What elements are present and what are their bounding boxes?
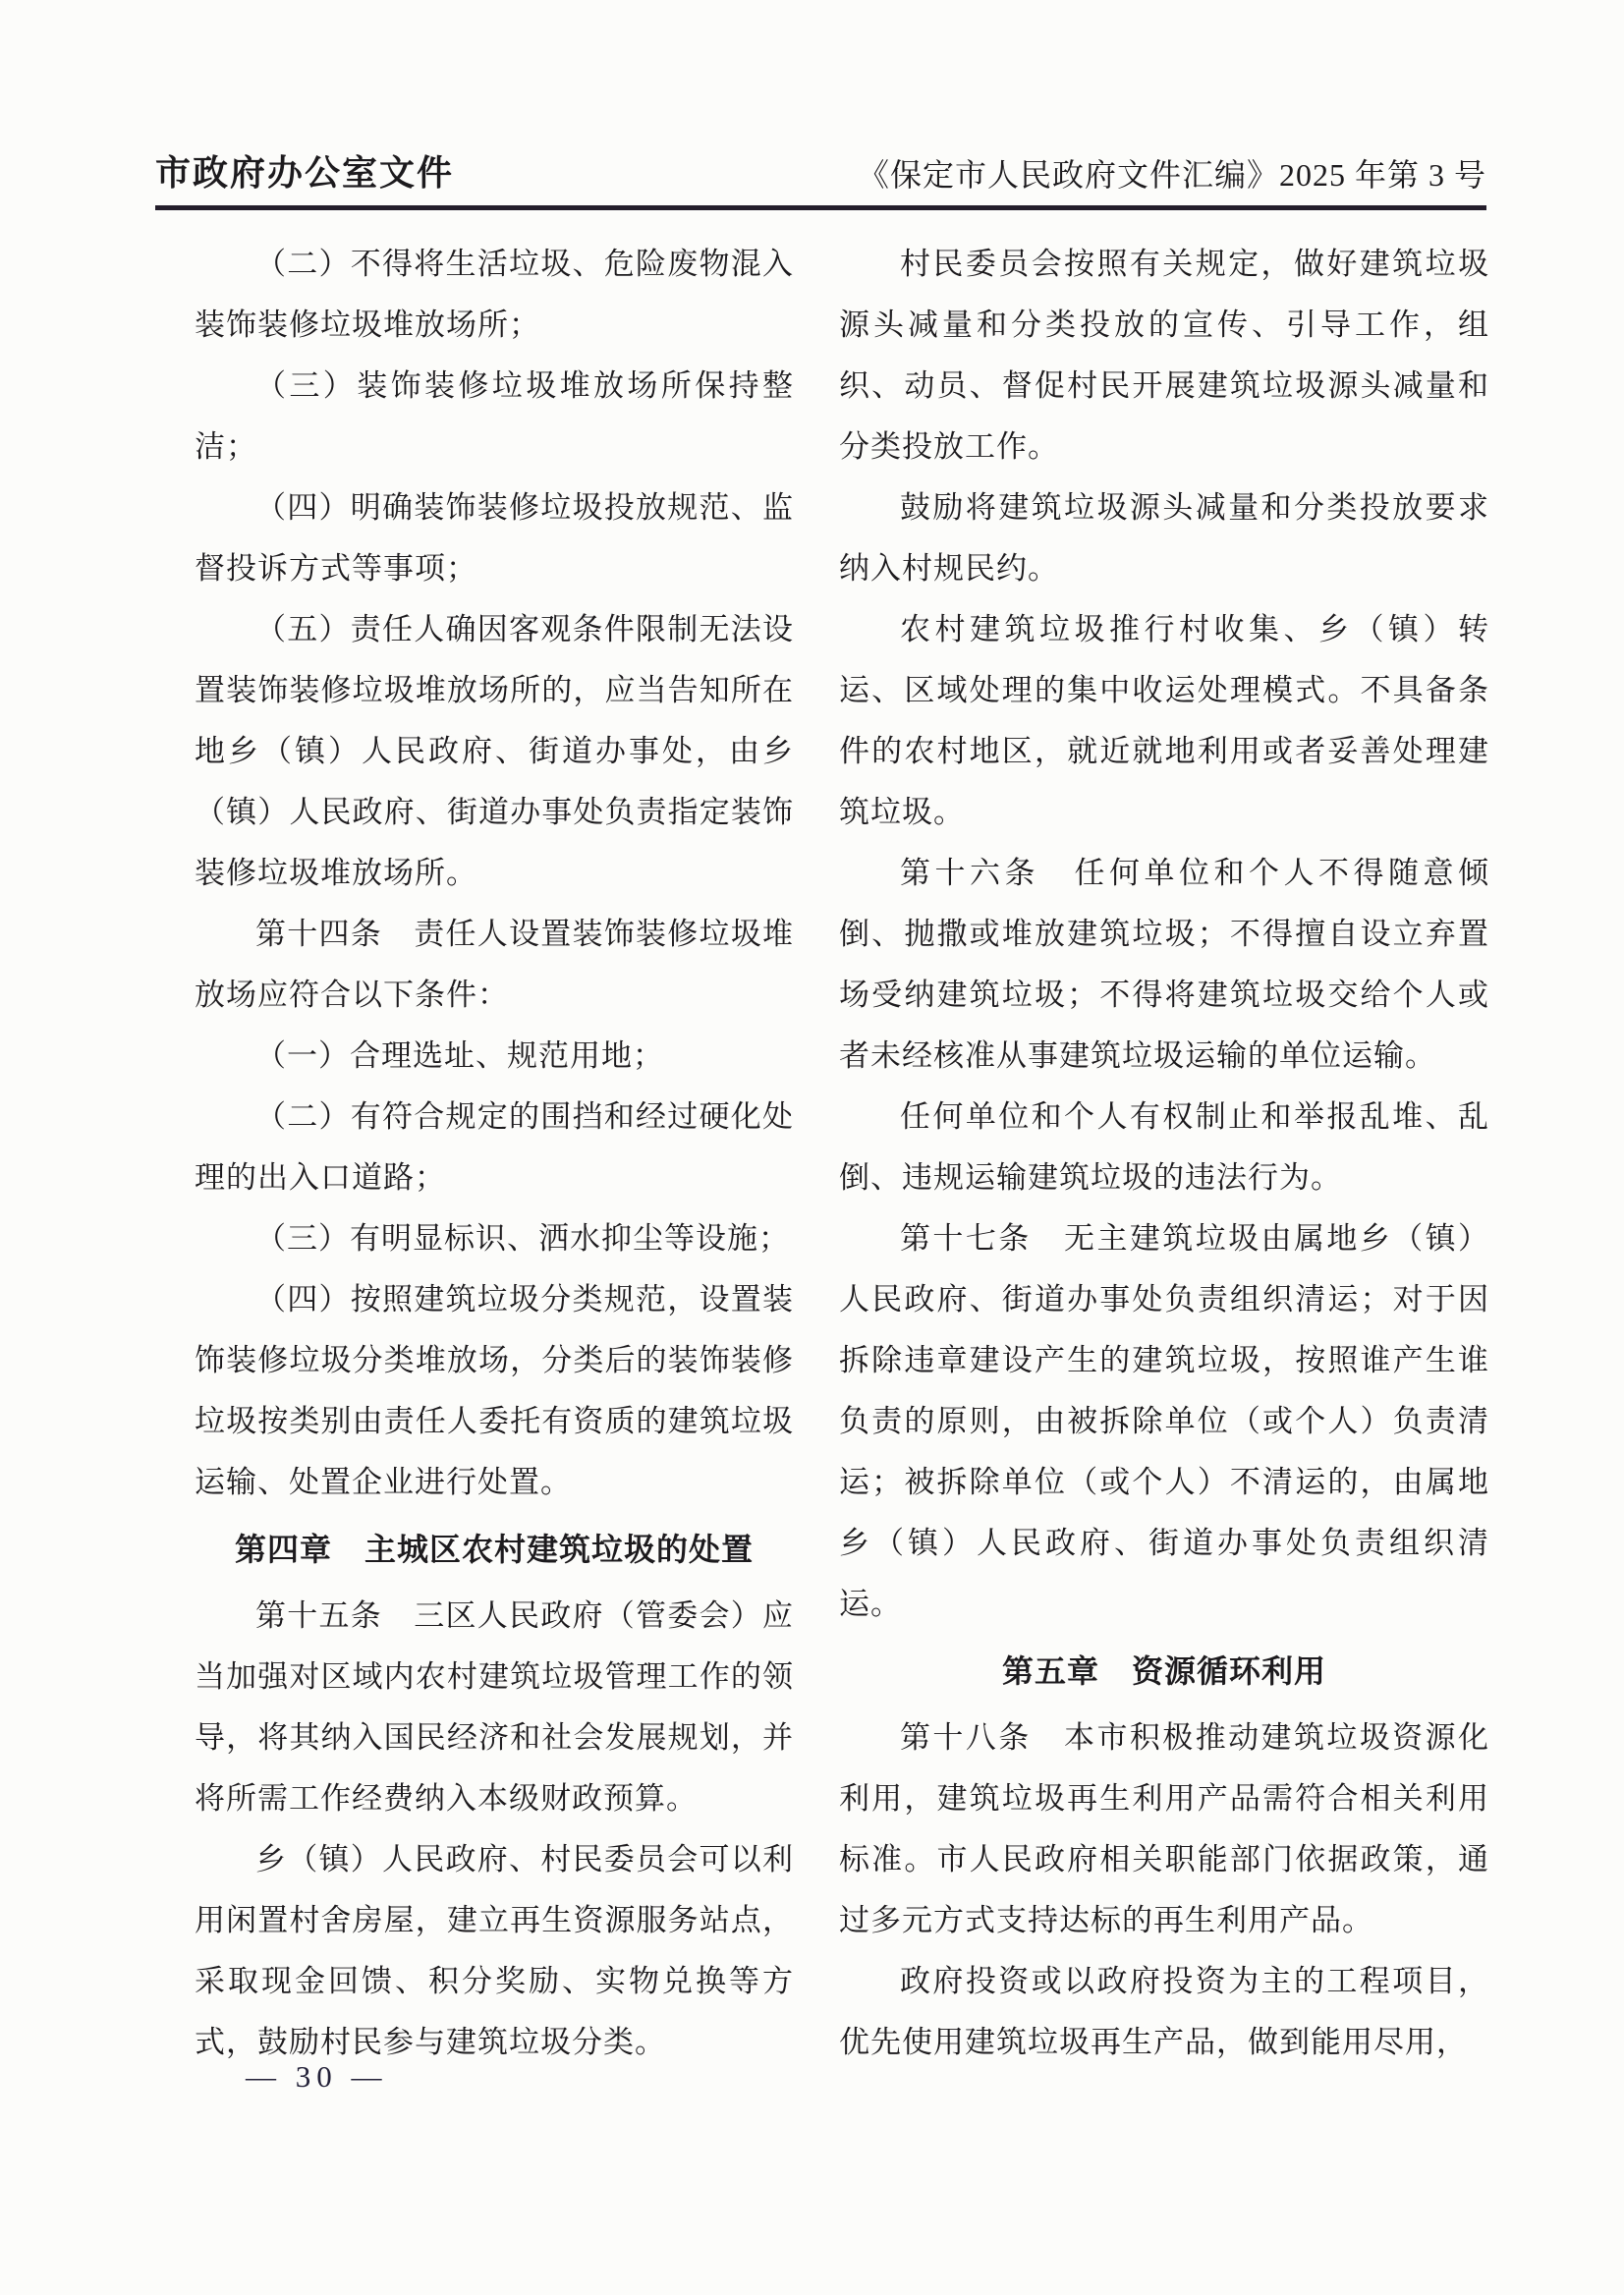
paragraph: 乡（镇）人民政府、村民委员会可以利用闲置村舍房屋，建立再生资源服务站点，采取现金… bbox=[195, 1829, 794, 2073]
right-column: 村民委员会按照有关规定，做好建筑垃圾源头减量和分类投放的宣传、引导工作，组织、动… bbox=[839, 234, 1489, 2073]
paragraph: 第十四条 责任人设置装饰装修垃圾堆放场应符合以下条件： bbox=[195, 904, 794, 1026]
paragraph: 第十七条 无主建筑垃圾由属地乡（镇）人民政府、街道办事处负责组织清运；对于因拆除… bbox=[839, 1208, 1489, 1635]
paragraph: 农村建筑垃圾推行村收集、乡（镇）转运、区域处理的集中收运处理模式。不具备条件的农… bbox=[839, 599, 1489, 843]
document-page: 市政府办公室文件 《保定市人民政府文件汇编》2025 年第 3 号 （二）不得将… bbox=[0, 0, 1624, 2295]
paragraph: 任何单位和个人有权制止和举报乱堆、乱倒、违规运输建筑垃圾的违法行为。 bbox=[839, 1087, 1489, 1208]
paragraph: 第十八条 本市积极推动建筑垃圾资源化利用，建筑垃圾再生利用产品需符合相关利用标准… bbox=[839, 1707, 1489, 1951]
paragraph: （四）按照建筑垃圾分类规范，设置装饰装修垃圾分类堆放场，分类后的装饰装修垃圾按类… bbox=[195, 1269, 794, 1513]
paragraph: 政府投资或以政府投资为主的工程项目，优先使用建筑垃圾再生产品，做到能用尽用， bbox=[839, 1951, 1489, 2073]
page-header: 市政府办公室文件 《保定市人民政府文件汇编》2025 年第 3 号 bbox=[155, 145, 1486, 210]
chapter-heading: 第四章 主城区农村建筑垃圾的处置 bbox=[195, 1519, 794, 1580]
paragraph: 第十五条 三区人民政府（管委会）应当加强对区域内农村建筑垃圾管理工作的领导，将其… bbox=[195, 1586, 794, 1829]
paragraph: （二）不得将生活垃圾、危险废物混入装饰装修垃圾堆放场所； bbox=[195, 234, 794, 356]
header-right-title: 《保定市人民政府文件汇编》2025 年第 3 号 bbox=[858, 150, 1486, 196]
paragraph: （四）明确装饰装修垃圾投放规范、监督投诉方式等事项； bbox=[195, 477, 794, 599]
paragraph: （二）有符合规定的围挡和经过硬化处理的出入口道路； bbox=[195, 1087, 794, 1208]
paragraph: （一）合理选址、规范用地； bbox=[195, 1026, 794, 1087]
paragraph: （三）装饰装修垃圾堆放场所保持整洁； bbox=[195, 356, 794, 477]
paragraph: 村民委员会按照有关规定，做好建筑垃圾源头减量和分类投放的宣传、引导工作，组织、动… bbox=[839, 234, 1489, 477]
paragraph: 鼓励将建筑垃圾源头减量和分类投放要求纳入村规民约。 bbox=[839, 477, 1489, 599]
document-body: （二）不得将生活垃圾、危险废物混入装饰装修垃圾堆放场所；（三）装饰装修垃圾堆放场… bbox=[195, 234, 1489, 2073]
header-left-title: 市政府办公室文件 bbox=[155, 145, 454, 196]
chapter-heading: 第五章 资源循环利用 bbox=[839, 1641, 1489, 1702]
paragraph: 第十六条 任何单位和个人不得随意倾倒、抛撒或堆放建筑垃圾；不得擅自设立弃置场受纳… bbox=[839, 843, 1489, 1087]
page-number: — 30 — bbox=[246, 2059, 388, 2095]
left-column: （二）不得将生活垃圾、危险废物混入装饰装修垃圾堆放场所；（三）装饰装修垃圾堆放场… bbox=[195, 234, 794, 2073]
paragraph: （五）责任人确因客观条件限制无法设置装饰装修垃圾堆放场所的，应当告知所在地乡（镇… bbox=[195, 599, 794, 904]
paragraph: （三）有明显标识、洒水抑尘等设施； bbox=[195, 1208, 794, 1269]
